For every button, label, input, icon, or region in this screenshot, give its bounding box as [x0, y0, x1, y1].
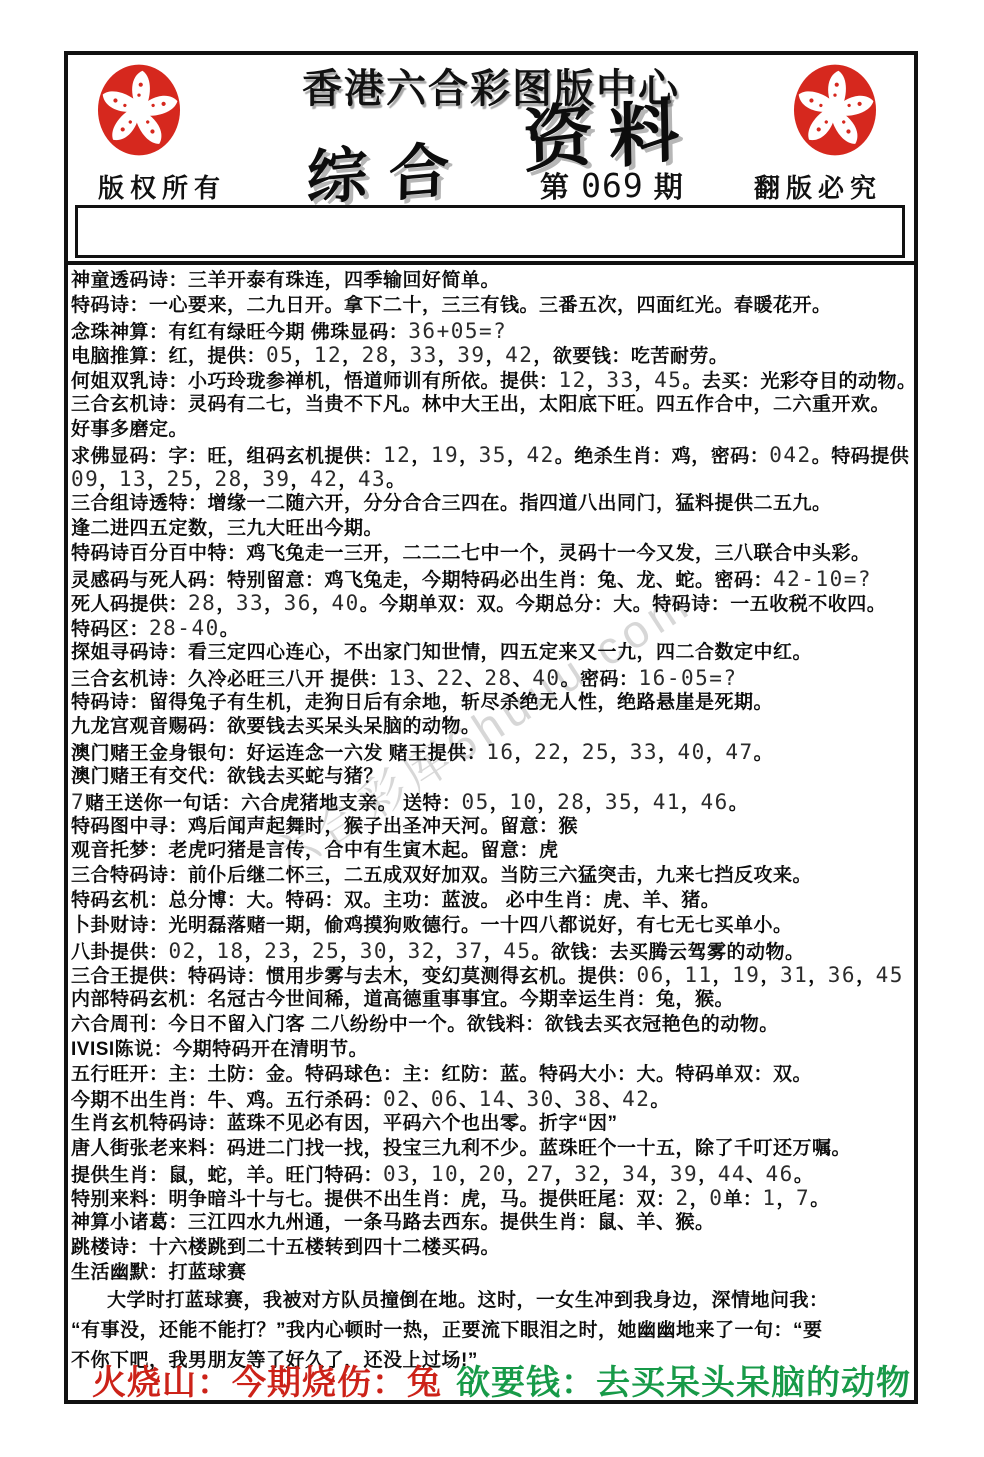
body-line: 探姐寻码诗：看三定四心连心，不出家门知世情，四五定来又一九，四二合数定中红。 — [71, 641, 910, 666]
footer-tip: 火烧山：今期烧伤：兔欲要钱：去买呆头呆脑的动物 — [92, 1365, 910, 1401]
body-line: 唐人街张老来料：码进二门找一找，投宝三九利不少。蓝珠旺个一十五，除了千叮还万嘱。 — [71, 1137, 910, 1162]
issue-suffix: 期 — [654, 172, 685, 204]
body-line: 特码诗：留得兔子有生机，走狗日后有余地，斩尽杀绝无人性，绝路悬崖是死期。 — [71, 691, 910, 716]
body-line: 7赌王送你一句话：六合虎猪地支亲。 送特：05，10，28，35，41，46。 — [71, 790, 910, 815]
body-line: 卜卦财诗：光明磊落赌一期，偷鸡摸狗败德行。一十四八都说好，有七无七买单小。 — [71, 914, 910, 939]
body-line: 何姐双乳诗：小巧玲珑参禅机，悟道师训有所依。提供：12，33，45。去买：光彩夺… — [71, 368, 910, 393]
calligraphy-char: 料 — [608, 95, 680, 173]
body-line: 澳门赌王金身银句：好运连念一六发 赌王提供：16，22，25，33，40，47。 — [71, 740, 910, 765]
body-line: 求佛显码：字：旺，组码玄机提供：12，19，35，42。绝杀生肖：鸡，密码：04… — [71, 443, 910, 468]
calligraphy-char: 综 — [306, 144, 367, 209]
body-line: 六合周刊：今日不留入门客 二八纷纷中一个。欲钱料：欲钱去买衣冠艳色的动物。 — [71, 1013, 910, 1038]
body-line: 特码诗：一心要来，二九日开。拿下二十，三三有钱。三番五次，四面红光。春暖花开。 — [71, 294, 910, 319]
body-line: 特码区：28-40。 — [71, 616, 910, 641]
bauhinia-logo-icon — [791, 62, 879, 158]
body-line: 内部特码玄机：名冠古今世间稀，道高德重事事宜。今期幸运生肖：兔，猴。 — [71, 988, 910, 1013]
body-line: 三合玄机诗：久冷必旺三八开 提供：13、22、28、40。密码：16-05=? — [71, 666, 910, 691]
body-line: 逢二进四五定数，三九大旺出今期。 — [71, 517, 910, 542]
page-title: 香港六合彩图版中心 — [208, 57, 774, 114]
body-line: 特码图中寻：鸡后闻声起舞时，猴子出圣冲天河。留意：猴 — [71, 815, 910, 840]
body-line: 特码诗百分百中特：鸡飞兔走一三开，二二二七中一个，灵码十一今又发，三八联合中头彩… — [71, 542, 910, 567]
body-line: 三合王提供：特码诗：惯用步雾与去木，变幻莫测得玄机。提供：06，11，19，31… — [71, 963, 910, 988]
body-line: 特码玄机：总分博：大。特码：双。主功：蓝波。 必中生肖：虎、羊、猪。 — [71, 889, 910, 914]
body-line: 今期不出生肖：牛、鸡。五行杀码：02、06、14、30、38、42。 — [71, 1087, 910, 1112]
body-line: 念珠神算：有红有绿旺今期 佛珠显码：36+05=? — [71, 319, 910, 344]
body-lines: 神童透码诗：三羊开泰有珠连，四季输回好简单。特码诗：一心要来，二九日开。拿下二十… — [68, 265, 914, 1376]
footer-green-text: 欲要钱：去买呆头呆脑的动物 — [456, 1364, 911, 1402]
body-line: 提供生肖：鼠，蛇，羊。旺门特码：03，10，20，27，32，34，39，44、… — [71, 1162, 910, 1187]
bauhinia-logo-icon — [95, 62, 183, 158]
body-line: 死人码提供：28，33，36，40。今期单双：双。今期总分：大。特码诗：一五收税… — [71, 591, 910, 616]
body-line: 特别来料：明争暗斗十与七。提供不出生肖：虎，马。提供旺尾：双：2，0单：1，7。 — [71, 1186, 910, 1211]
body-line: 三合玄机诗：灵码有二七，当贵不下凡。林中大王出，太阳底下旺。四五作合中，二六重开… — [71, 393, 910, 418]
issue-prefix: 第 — [540, 172, 571, 204]
issue-number: 第 069 期 — [540, 165, 685, 206]
body-line: 五行旺开：主：土防：金。特码球色：主：红防：蓝。特码大小：大。特码单双：双。 — [71, 1063, 910, 1088]
copyright-left-label: 版权所有 — [98, 168, 226, 205]
copyright-right-label: 翻版必究 — [754, 168, 882, 205]
footer-red-text: 火烧山：今期烧伤：兔 — [92, 1364, 442, 1402]
notice-box — [75, 205, 905, 258]
body-line: 生活幽默：打蓝球赛 — [71, 1261, 910, 1286]
body-line: 大学时打蓝球赛，我被对方队员撞倒在地。这时，一女生冲到我身边，深情地问我： — [71, 1286, 910, 1316]
body-line: 三合特码诗：前仆后继二怀三，二五成双好加双。当防三六猛突击，九来七挡反攻来。 — [71, 864, 910, 889]
body-line: 九龙宫观音赐码：欲要钱去买呆头呆脑的动物。 — [71, 715, 910, 740]
body-line: 跳楼诗：十六楼跳到二十五楼转到四十二楼买码。 — [71, 1236, 910, 1261]
body-line: 灵感码与死人码：特别留意：鸡飞兔走，今期特码必出生肖：兔、龙、蛇。密码：42-1… — [71, 567, 910, 592]
body-line: 09，13，25，28，39，42，43。 — [71, 467, 910, 492]
body-line: 澳门赌王有交代：欲钱去买蛇与猪？ — [71, 765, 910, 790]
issue-digits: 069 — [581, 166, 644, 205]
body-line: 电脑推算：红，提供：05，12，28，33，39，42，欲要钱：吃苦耐劳。 — [71, 343, 910, 368]
body-line: 神算小诸葛：三江四水九州通，一条马路去西东。提供生肖：鼠、羊、猴。 — [71, 1211, 910, 1236]
calligraphy-char: 合 — [388, 140, 449, 205]
body-line: IVISI陈说：今期特码开在清明节。 — [71, 1038, 910, 1063]
body-line: 观音托梦：老虎叼猪是言传，合中有生寅木起。留意：虎 — [71, 839, 910, 864]
body-line: “有事没，还能不能打？”我内心顿时一热，正要流下眼泪之时，她幽幽地来了一句：“要 — [71, 1316, 910, 1346]
body-line: 生肖玄机特码诗：蓝珠不见必有因，平码六个也出零。折字“因” — [71, 1112, 910, 1137]
body-line: 八卦提供：02，18，23，25，30，32，37，45。欲钱：去买腾云驾雾的动… — [71, 939, 910, 964]
body-line: 神童透码诗：三羊开泰有珠连，四季输回好简单。 — [71, 269, 910, 294]
body-line: 好事多磨定。 — [71, 418, 910, 443]
body-line: 三合组诗透特：增缘一二随六开，分分合合三四在。指四道八出同门，猛料提供二五九。 — [71, 492, 910, 517]
page: { "header": { "title": "香港六合彩图版中心", "cal… — [0, 0, 984, 1457]
document-frame: 香港六合彩图版中心 综 合 资 料 第 069 期 版权所有 翻版必究 六合彩库… — [64, 51, 918, 1404]
